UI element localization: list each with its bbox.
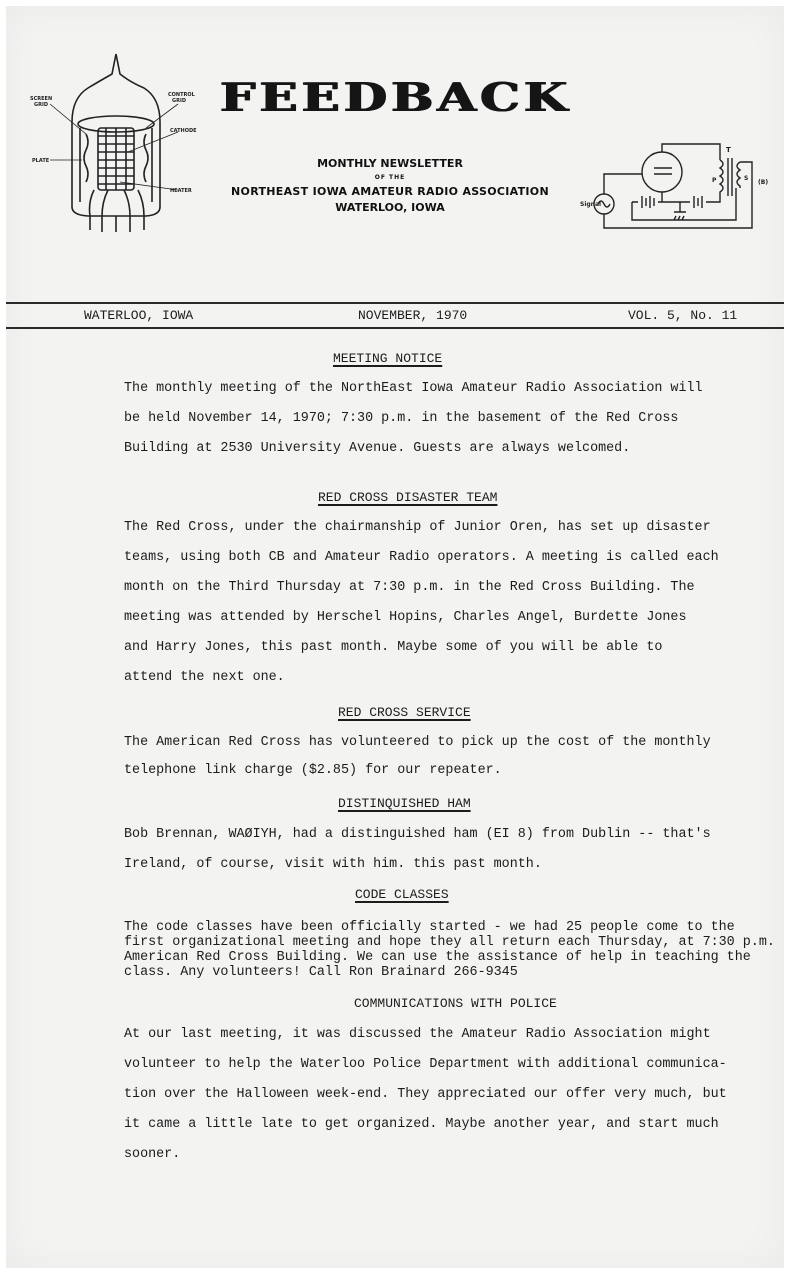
dateline-location: WATERLOO, IOWA [84, 308, 193, 323]
heading-code-classes: CODE CLASSES [355, 887, 449, 902]
paragraph-code-classes: The code classes have been officially st… [124, 920, 775, 980]
paragraph-communications-police: At our last meeting, it was discussed th… [124, 1020, 727, 1170]
masthead-subtitle: MONTHLY NEWSLETTER [300, 157, 480, 170]
label-t: T [726, 146, 731, 154]
vacuum-tube-illustration: SCREEN GRID CONTROL GRID CATHODE PLATE H… [28, 52, 218, 232]
heading-meeting-notice: MEETING NOTICE [333, 351, 442, 366]
paragraph-distinguished-ham: Bob Brennan, WAØIYH, had a distinguished… [124, 820, 711, 880]
label-cathode: CATHODE [170, 128, 197, 134]
paragraph-red-cross-service: The American Red Cross has volunteered t… [124, 729, 711, 785]
heading-communications-police: COMMUNICATIONS WITH POLICE [354, 996, 557, 1011]
svg-text:GRID: GRID [172, 98, 186, 104]
heading-distinguished-ham: DISTINQUISHED HAM [338, 796, 471, 811]
label-plate: PLATE [32, 158, 50, 164]
rule-top [6, 302, 784, 304]
paragraph-disaster-team: The Red Cross, under the chairmanship of… [124, 513, 719, 693]
label-signal: Signal [580, 201, 601, 208]
masthead-of-the: OF THE [300, 174, 480, 181]
label-b: (B) [758, 179, 768, 186]
dateline-volume: VOL. 5, No. 11 [628, 308, 737, 323]
label-heater: HEATER [170, 188, 192, 194]
rule-bottom [6, 327, 784, 329]
label-p: P [712, 177, 717, 184]
label-s: S [744, 175, 748, 182]
svg-text:GRID: GRID [34, 102, 48, 108]
heading-disaster-team: RED CROSS DISASTER TEAM [318, 490, 497, 505]
circuit-diagram: Signal T P S (B) [580, 140, 780, 240]
masthead-organization: NORTHEAST IOWA AMATEUR RADIO ASSOCIATION [220, 185, 560, 198]
heading-red-cross-service: RED CROSS SERVICE [338, 705, 471, 720]
dateline-date: NOVEMBER, 1970 [358, 308, 467, 323]
masthead-location: WATERLOO, IOWA [300, 201, 480, 214]
masthead-title: FEEDBACK [220, 78, 710, 117]
paragraph-meeting-notice: The monthly meeting of the NorthEast Iow… [124, 374, 703, 464]
